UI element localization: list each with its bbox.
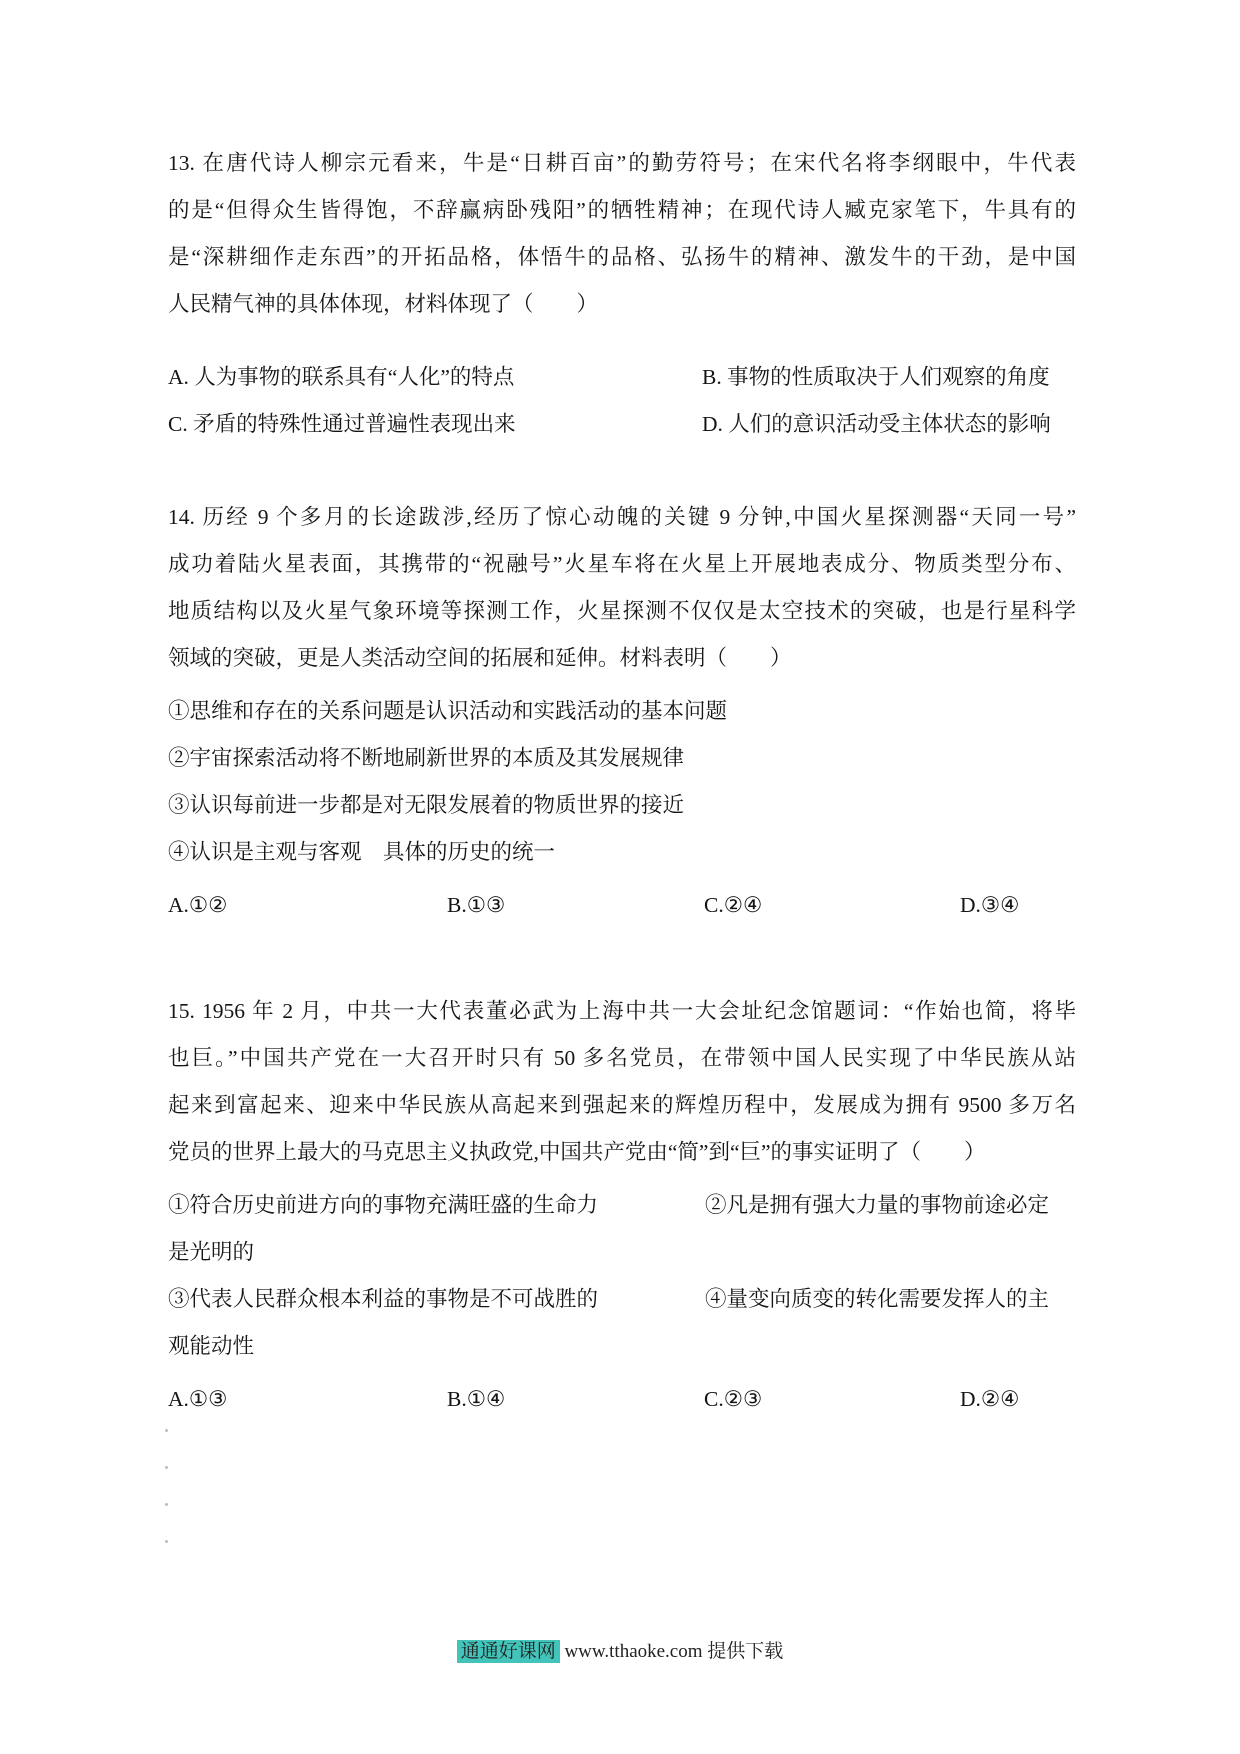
- stray-mark: [165, 1466, 168, 1469]
- question-13-options: A. 人为事物的联系具有“人化”的特点 B. 事物的性质取决于人们观察的角度 C…: [168, 354, 1076, 448]
- question-15-item-2: ②凡是拥有强大力量的事物前途必定: [705, 1182, 1049, 1229]
- question-15-option-b: B.①④: [447, 1376, 505, 1423]
- question-14-item-4: ④认识是主观与客观 具体的历史的统一: [168, 829, 1076, 876]
- question-15-options: A.①③ B.①④ C.②③ D.②④: [168, 1376, 1076, 1423]
- question-14-stem-line-2: 成功着陆火星表面，其携带的“祝融号”火星车将在火星上开展地表成分、物质类型分布、: [168, 541, 1076, 588]
- question-15-item-4-cont: 观能动性: [168, 1323, 254, 1370]
- question-14-option-c: C.②④: [704, 882, 762, 929]
- question-14-item-1: ①思维和存在的关系问题是认识活动和实践活动的基本问题: [168, 688, 1076, 735]
- question-15-item-row-4: 观能动性: [168, 1323, 1076, 1370]
- question-15-stem-line-3: 起来到富起来、迎来中华民族从高起来到强起来的辉煌历程中，发展成为拥有 9500 …: [168, 1082, 1076, 1129]
- question-14: 14. 历经 9 个多月的长途跋涉,经历了惊心动魄的关键 9 分钟,中国火星探测…: [168, 494, 1076, 682]
- question-13-options-row-1: A. 人为事物的联系具有“人化”的特点 B. 事物的性质取决于人们观察的角度: [168, 354, 1076, 401]
- footer-url: www.tthaoke.com: [564, 1641, 702, 1662]
- stray-mark: [165, 1503, 168, 1506]
- question-14-stem-line-3: 地质结构以及火星气象环境等探测工作，火星探测不仅仅是太空技术的突破，也是行星科学: [168, 588, 1076, 635]
- question-13-stem-line-3: 是“深耕细作走东西”的开拓品格，体悟牛的品格、弘扬牛的精神、激发牛的干劲，是中国: [168, 234, 1076, 281]
- footer-site-name: 通通好课网: [457, 1640, 560, 1663]
- question-15-items: ①符合历史前进方向的事物充满旺盛的生命力 ②凡是拥有强大力量的事物前途必定 是光…: [168, 1182, 1076, 1370]
- question-14-options: A.①② B.①③ C.②④ D.③④: [168, 882, 1076, 929]
- stray-mark: [165, 1540, 168, 1543]
- question-13: 13. 在唐代诗人柳宗元看来，牛是“日耕百亩”的勤劳符号；在宋代名将李纲眼中，牛…: [168, 140, 1076, 328]
- question-15-option-c: C.②③: [704, 1376, 762, 1423]
- question-14-option-a: A.①②: [168, 882, 227, 929]
- question-15-stem-line-2: 也巨。”中国共产党在一大召开时只有 50 多名党员，在带领中国人民实现了中华民族…: [168, 1035, 1076, 1082]
- question-15-item-row-1: ①符合历史前进方向的事物充满旺盛的生命力 ②凡是拥有强大力量的事物前途必定: [168, 1182, 1076, 1229]
- question-15-stem-line-1: 15. 1956 年 2 月，中共一大代表董必武为上海中共一大会址纪念馆题词：“…: [168, 988, 1076, 1035]
- question-14-items: ①思维和存在的关系问题是认识活动和实践活动的基本问题 ②宇宙探索活动将不断地刷新…: [168, 688, 1076, 876]
- question-13-option-b: B. 事物的性质取决于人们观察的角度: [702, 354, 1050, 401]
- question-13-stem-line-1: 13. 在唐代诗人柳宗元看来，牛是“日耕百亩”的勤劳符号；在宋代名将李纲眼中，牛…: [168, 140, 1076, 187]
- question-15-item-row-2: 是光明的: [168, 1229, 1076, 1276]
- question-13-option-a: A. 人为事物的联系具有“人化”的特点: [168, 354, 514, 401]
- page-footer: 通通好课网 www.tthaoke.com 提供下载: [0, 1638, 1240, 1666]
- question-15-item-1: ①符合历史前进方向的事物充满旺盛的生命力: [168, 1182, 598, 1229]
- question-13-option-c: C. 矛盾的特殊性通过普遍性表现出来: [168, 401, 516, 448]
- footer-suffix: 提供下载: [707, 1641, 783, 1662]
- question-14-item-3: ③认识每前进一步都是对无限发展着的物质世界的接近: [168, 782, 1076, 829]
- document-page: 13. 在唐代诗人柳宗元看来，牛是“日耕百亩”的勤劳符号；在宋代名将李纲眼中，牛…: [0, 0, 1240, 1754]
- question-14-options-row: A.①② B.①③ C.②④ D.③④: [168, 882, 1076, 929]
- question-14-option-d: D.③④: [960, 882, 1019, 929]
- question-15: 15. 1956 年 2 月，中共一大代表董必武为上海中共一大会址纪念馆题词：“…: [168, 988, 1076, 1176]
- question-14-stem-line-4: 领域的突破，更是人类活动空间的拓展和延伸。材料表明（ ）: [168, 635, 1076, 682]
- stray-mark: [165, 1429, 168, 1432]
- question-14-option-b: B.①③: [447, 882, 505, 929]
- question-13-stem-line-2: 的是“但得众生皆得饱，不辞赢病卧残阳”的牺牲精神；在现代诗人臧克家笔下，牛具有的: [168, 187, 1076, 234]
- question-15-item-4: ④量变向质变的转化需要发挥人的主: [705, 1276, 1049, 1323]
- question-15-item-row-3: ③代表人民群众根本利益的事物是不可战胜的 ④量变向质变的转化需要发挥人的主: [168, 1276, 1076, 1323]
- question-14-item-2: ②宇宙探索活动将不断地刷新世界的本质及其发展规律: [168, 735, 1076, 782]
- question-15-item-3: ③代表人民群众根本利益的事物是不可战胜的: [168, 1276, 598, 1323]
- question-13-stem-line-4: 人民精气神的具体体现，材料体现了（ ）: [168, 281, 1076, 328]
- question-15-options-row: A.①③ B.①④ C.②③ D.②④: [168, 1376, 1076, 1423]
- question-15-stem-line-4: 党员的世界上最大的马克思主义执政党,中国共产党由“简”到“巨”的事实证明了（ ）: [168, 1129, 1076, 1176]
- question-13-option-d: D. 人们的意识活动受主体状态的影响: [702, 401, 1051, 448]
- question-14-stem-line-1: 14. 历经 9 个多月的长途跋涉,经历了惊心动魄的关键 9 分钟,中国火星探测…: [168, 494, 1076, 541]
- question-15-item-2-cont: 是光明的: [168, 1229, 254, 1276]
- question-15-option-a: A.①③: [168, 1376, 227, 1423]
- question-15-option-d: D.②④: [960, 1376, 1019, 1423]
- question-13-options-row-2: C. 矛盾的特殊性通过普遍性表现出来 D. 人们的意识活动受主体状态的影响: [168, 401, 1076, 448]
